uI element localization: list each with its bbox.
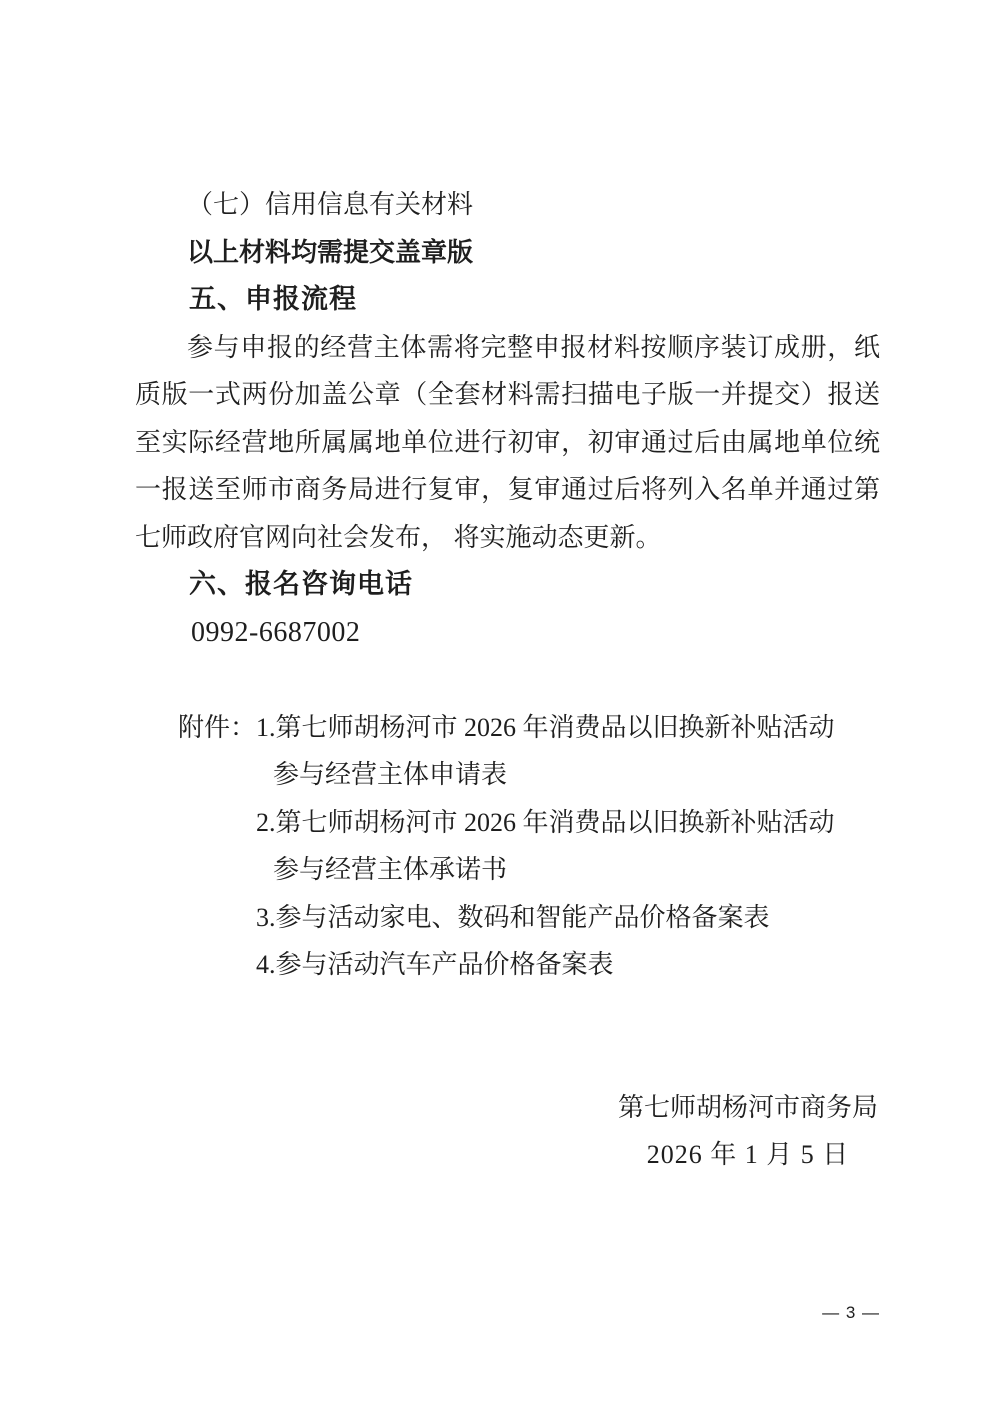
stamp-note-line: 以上材料均需提交盖章版 [135,229,880,277]
paragraph-line: 参与申报的经营主体需将完整申报材料按顺序装订成册，纸 [135,324,880,372]
attachments-block: 附件： 1.第七师胡杨河市 2026 年消费品以旧换新补贴活动 参与经营主体申请… [178,704,880,989]
spacer [135,656,880,704]
phone-number: 0992-6687002 [135,609,880,657]
section5-heading: 五、申报流程 [135,276,880,324]
attachment-item-1-line: 1.第七师胡杨河市 2026 年消费品以旧换新补贴活动 [256,704,880,752]
attachments-list: 1.第七师胡杨河市 2026 年消费品以旧换新补贴活动 参与经营主体申请表 2.… [256,704,880,989]
paragraph-line: 七师政府官网向社会发布， 将实施动态更新。 [135,514,880,562]
signature-date: 2026 年 1 月 5 日 [618,1131,878,1179]
spacer [135,1036,880,1084]
section5-paragraph: 参与申报的经营主体需将完整申报材料按顺序装订成册，纸 质版一式两份加盖公章（全套… [135,324,880,562]
attachment-item-4-line: 4.参与活动汽车产品价格备案表 [256,941,880,989]
attachment-item-2-line: 参与经营主体承诺书 [273,846,880,894]
paragraph-line: 质版一式两份加盖公章（全套材料需扫描电子版一并提交）报送 [135,371,880,419]
signature-block: 第七师胡杨河市商务局 2026 年 1 月 5 日 [618,1084,878,1179]
section6-heading: 六、报名咨询电话 [135,561,880,609]
item7-credit-materials-line: （七）信用信息有关材料 [135,181,880,229]
attachment-item-1-line: 参与经营主体申请表 [273,751,880,799]
attachments-label: 附件： [178,704,256,989]
spacer [135,989,880,1037]
attachment-item-2-line: 2.第七师胡杨河市 2026 年消费品以旧换新补贴活动 [256,799,880,847]
document-page: （七）信用信息有关材料 以上材料均需提交盖章版 五、申报流程 参与申报的经营主体… [0,0,1000,1415]
signature-org: 第七师胡杨河市商务局 [618,1084,878,1132]
page-number: — 3 — [822,1303,880,1323]
document-body: （七）信用信息有关材料 以上材料均需提交盖章版 五、申报流程 参与申报的经营主体… [135,181,880,1179]
paragraph-line: 至实际经营地所属属地单位进行初审，初审通过后由属地单位统 [135,419,880,467]
paragraph-line: 一报送至师市商务局进行复审，复审通过后将列入名单并通过第 [135,466,880,514]
attachment-item-3-line: 3.参与活动家电、数码和智能产品价格备案表 [256,894,880,942]
